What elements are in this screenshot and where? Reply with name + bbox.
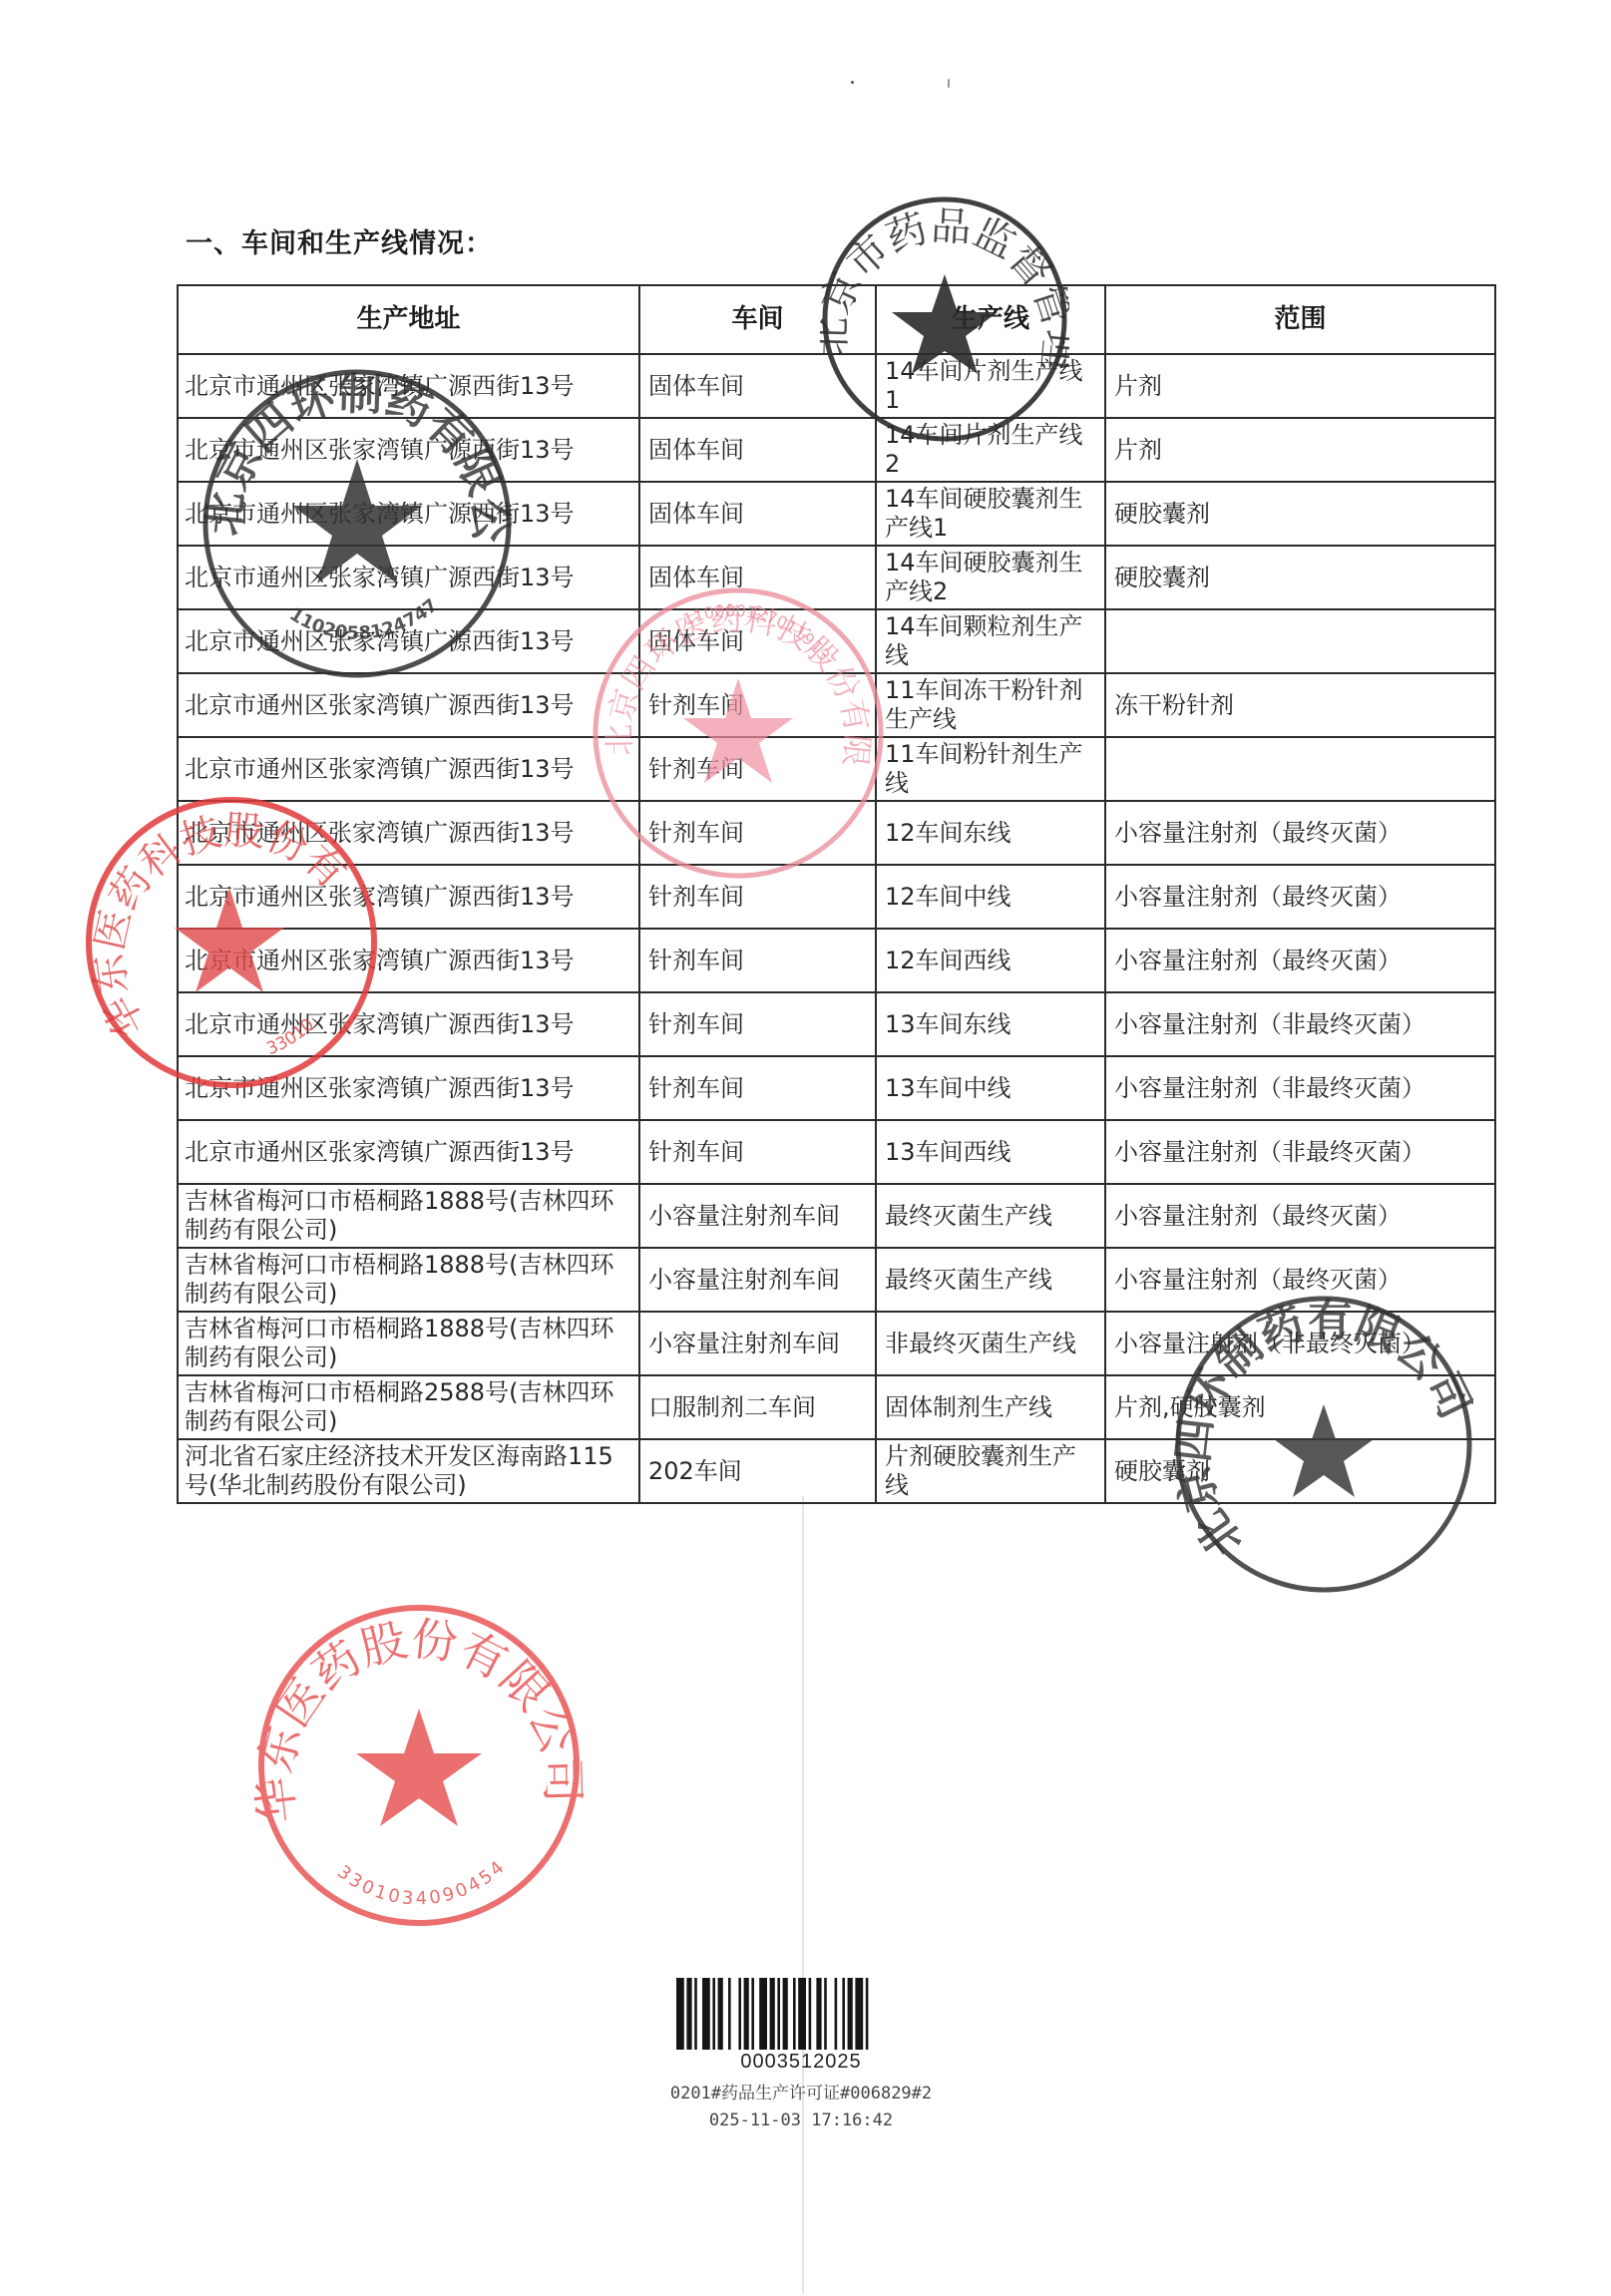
cell-scope: 小容量注射剂（非最终灭菌） [1105,1056,1495,1120]
barcode [676,1978,926,2050]
table-row: 北京市通州区张家湾镇广源西街13号针剂车间13车间东线小容量注射剂（非最终灭菌） [178,992,1495,1056]
cell-workshop: 针剂车间 [639,865,876,929]
cell-workshop: 小容量注射剂车间 [639,1184,876,1248]
cell-address: 北京市通州区张家湾镇广源西街13号 [178,418,639,482]
cell-address: 北京市通州区张家湾镇广源西街13号 [178,865,639,929]
cell-line: 11车间粉针剂生产线 [876,737,1105,801]
cell-scope [1105,609,1495,673]
cell-workshop: 针剂车间 [639,929,876,992]
cell-workshop: 小容量注射剂车间 [639,1312,876,1375]
cell-scope: 片剂 [1105,354,1495,418]
table-row: 河北省石家庄经济技术开发区海南路115号(华北制药股份有限公司)202车间片剂硬… [178,1439,1495,1503]
cell-workshop: 针剂车间 [639,992,876,1056]
table-row: 北京市通州区张家湾镇广源西街13号针剂车间12车间东线小容量注射剂（最终灭菌） [178,801,1495,865]
cell-scope: 片剂 [1105,418,1495,482]
cell-workshop: 202车间 [639,1439,876,1503]
table-header-row: 生产地址 车间 生产线 范围 [178,285,1495,354]
cell-line: 13车间西线 [876,1120,1105,1184]
star-icon [356,1709,482,1826]
cell-line: 14车间片剂生产线2 [876,418,1105,482]
cell-address: 吉林省梅河口市梧桐路1888号(吉林四环制药有限公司) [178,1184,639,1248]
table-row: 吉林省梅河口市梧桐路2588号(吉林四环制药有限公司)口服制剂二车间固体制剂生产… [178,1375,1495,1439]
cell-line: 片剂硬胶囊剂生产线 [876,1439,1105,1503]
cell-scope: 小容量注射剂（最终灭菌） [1105,1184,1495,1248]
header-line: 生产线 [876,285,1105,354]
cell-scope: 硬胶囊剂 [1105,1439,1495,1503]
cell-workshop: 小容量注射剂车间 [639,1248,876,1312]
cell-workshop: 针剂车间 [639,673,876,737]
cell-line: 13车间中线 [876,1056,1105,1120]
timestamp-line: 025-11-03 17:16:42 [599,2110,1004,2130]
cell-line: 14车间颗粒剂生产线 [876,609,1105,673]
cell-scope: 硬胶囊剂 [1105,482,1495,546]
stamp-bottom-red: 华东医药股份有限公司 3301034090454 [254,1601,584,1930]
cell-workshop: 固体车间 [639,609,876,673]
cell-scope: 硬胶囊剂 [1105,546,1495,609]
cell-line: 12车间中线 [876,865,1105,929]
table-row: 北京市通州区张家湾镇广源西街13号针剂车间12车间中线小容量注射剂（最终灭菌） [178,865,1495,929]
table-row: 北京市通州区张家湾镇广源西街13号固体车间14车间片剂生产线2片剂 [178,418,1495,482]
cell-address: 河北省石家庄经济技术开发区海南路115号(华北制药股份有限公司) [178,1439,639,1503]
cell-line: 非最终灭菌生产线 [876,1312,1105,1375]
cell-scope: 小容量注射剂（最终灭菌） [1105,929,1495,992]
cell-address: 北京市通州区张家湾镇广源西街13号 [178,673,639,737]
header-scope: 范围 [1105,285,1495,354]
cell-workshop: 针剂车间 [639,1120,876,1184]
header-address: 生产地址 [178,285,639,354]
cell-scope: 小容量注射剂（最终灭菌） [1105,801,1495,865]
cell-address: 吉林省梅河口市梧桐路1888号(吉林四环制药有限公司) [178,1312,639,1375]
cell-scope: 片剂,硬胶囊剂 [1105,1375,1495,1439]
cell-line: 12车间东线 [876,801,1105,865]
cell-address: 北京市通州区张家湾镇广源西街13号 [178,482,639,546]
cell-line: 最终灭菌生产线 [876,1248,1105,1312]
cell-address: 北京市通州区张家湾镇广源西街13号 [178,1120,639,1184]
cell-scope: 小容量注射剂（非最终灭菌） [1105,1312,1495,1375]
cell-scope: 小容量注射剂（非最终灭菌） [1105,1120,1495,1184]
section-title: 一、车间和生产线情况： [186,221,493,260]
barcode-number: 0003512025 [599,2051,1004,2074]
cell-scope: 小容量注射剂（最终灭菌） [1105,1248,1495,1312]
cell-workshop: 针剂车间 [639,801,876,865]
table-row: 北京市通州区张家湾镇广源西街13号固体车间14车间颗粒剂生产线 [178,609,1495,673]
table-row: 吉林省梅河口市梧桐路1888号(吉林四环制药有限公司)小容量注射剂车间最终灭菌生… [178,1248,1495,1312]
cell-line: 最终灭菌生产线 [876,1184,1105,1248]
table-row: 北京市通州区张家湾镇广源西街13号针剂车间13车间中线小容量注射剂（非最终灭菌） [178,1056,1495,1120]
cell-address: 北京市通州区张家湾镇广源西街13号 [178,546,639,609]
cell-workshop: 口服制剂二车间 [639,1375,876,1439]
table-row: 北京市通州区张家湾镇广源西街13号针剂车间11车间冻干粉针剂生产线冻干粉针剂 [178,673,1495,737]
cell-line: 13车间东线 [876,992,1105,1056]
cell-address: 北京市通州区张家湾镇广源西街13号 [178,992,639,1056]
table-row: 北京市通州区张家湾镇广源西街13号针剂车间12车间西线小容量注射剂（最终灭菌） [178,929,1495,992]
workshop-table: 生产地址 车间 生产线 范围 北京市通州区张家湾镇广源西街13号固体车间14车间… [177,284,1496,1504]
table-row: 北京市通州区张家湾镇广源西街13号固体车间14车间硬胶囊剂生产线2硬胶囊剂 [178,546,1495,609]
svg-text:华东医药股份有限公司: 华东医药股份有限公司 [254,1612,584,1827]
cell-scope: 小容量注射剂（非最终灭菌） [1105,992,1495,1056]
cell-address: 北京市通州区张家湾镇广源西街13号 [178,929,639,992]
cell-workshop: 针剂车间 [639,1056,876,1120]
table-row: 吉林省梅河口市梧桐路1888号(吉林四环制药有限公司)小容量注射剂车间最终灭菌生… [178,1184,1495,1248]
cell-line: 14车间片剂生产线1 [876,354,1105,418]
cell-scope [1105,737,1495,801]
scan-speck [851,81,854,84]
cell-address: 北京市通州区张家湾镇广源西街13号 [178,609,639,673]
cell-line: 12车间西线 [876,929,1105,992]
cell-line: 14车间硬胶囊剂生产线2 [876,546,1105,609]
table-row: 吉林省梅河口市梧桐路1888号(吉林四环制药有限公司)小容量注射剂车间非最终灭菌… [178,1312,1495,1375]
cell-address: 北京市通州区张家湾镇广源西街13号 [178,354,639,418]
cell-address: 北京市通州区张家湾镇广源西街13号 [178,801,639,865]
cell-address: 吉林省梅河口市梧桐路2588号(吉林四环制药有限公司) [178,1375,639,1439]
cell-workshop: 固体车间 [639,354,876,418]
cell-scope: 冻干粉针剂 [1105,673,1495,737]
header-workshop: 车间 [639,285,876,354]
table-row: 北京市通州区张家湾镇广源西街13号针剂车间13车间西线小容量注射剂（非最终灭菌） [178,1120,1495,1184]
cell-line: 14车间硬胶囊剂生产线1 [876,482,1105,546]
cell-workshop: 固体车间 [639,418,876,482]
cell-line: 固体制剂生产线 [876,1375,1105,1439]
cell-workshop: 固体车间 [639,546,876,609]
cell-address: 北京市通州区张家湾镇广源西街13号 [178,737,639,801]
cell-address: 北京市通州区张家湾镇广源西街13号 [178,1056,639,1120]
svg-text:3301034090454: 3301034090454 [333,1855,511,1909]
cell-workshop: 针剂车间 [639,737,876,801]
scan-speck [948,79,950,88]
table-row: 北京市通州区张家湾镇广源西街13号固体车间14车间硬胶囊剂生产线1硬胶囊剂 [178,482,1495,546]
table-row: 北京市通州区张家湾镇广源西街13号针剂车间11车间粉针剂生产线 [178,737,1495,801]
cell-line: 11车间冻干粉针剂生产线 [876,673,1105,737]
cell-address: 吉林省梅河口市梧桐路1888号(吉林四环制药有限公司) [178,1248,639,1312]
cell-scope: 小容量注射剂（最终灭菌） [1105,865,1495,929]
scan-fold-line [802,1496,804,2294]
table-row: 北京市通州区张家湾镇广源西街13号固体车间14车间片剂生产线1片剂 [178,354,1495,418]
license-stamp-line: 0201#药品生产许可证#006829#2 [599,2079,1004,2104]
cell-workshop: 固体车间 [639,482,876,546]
